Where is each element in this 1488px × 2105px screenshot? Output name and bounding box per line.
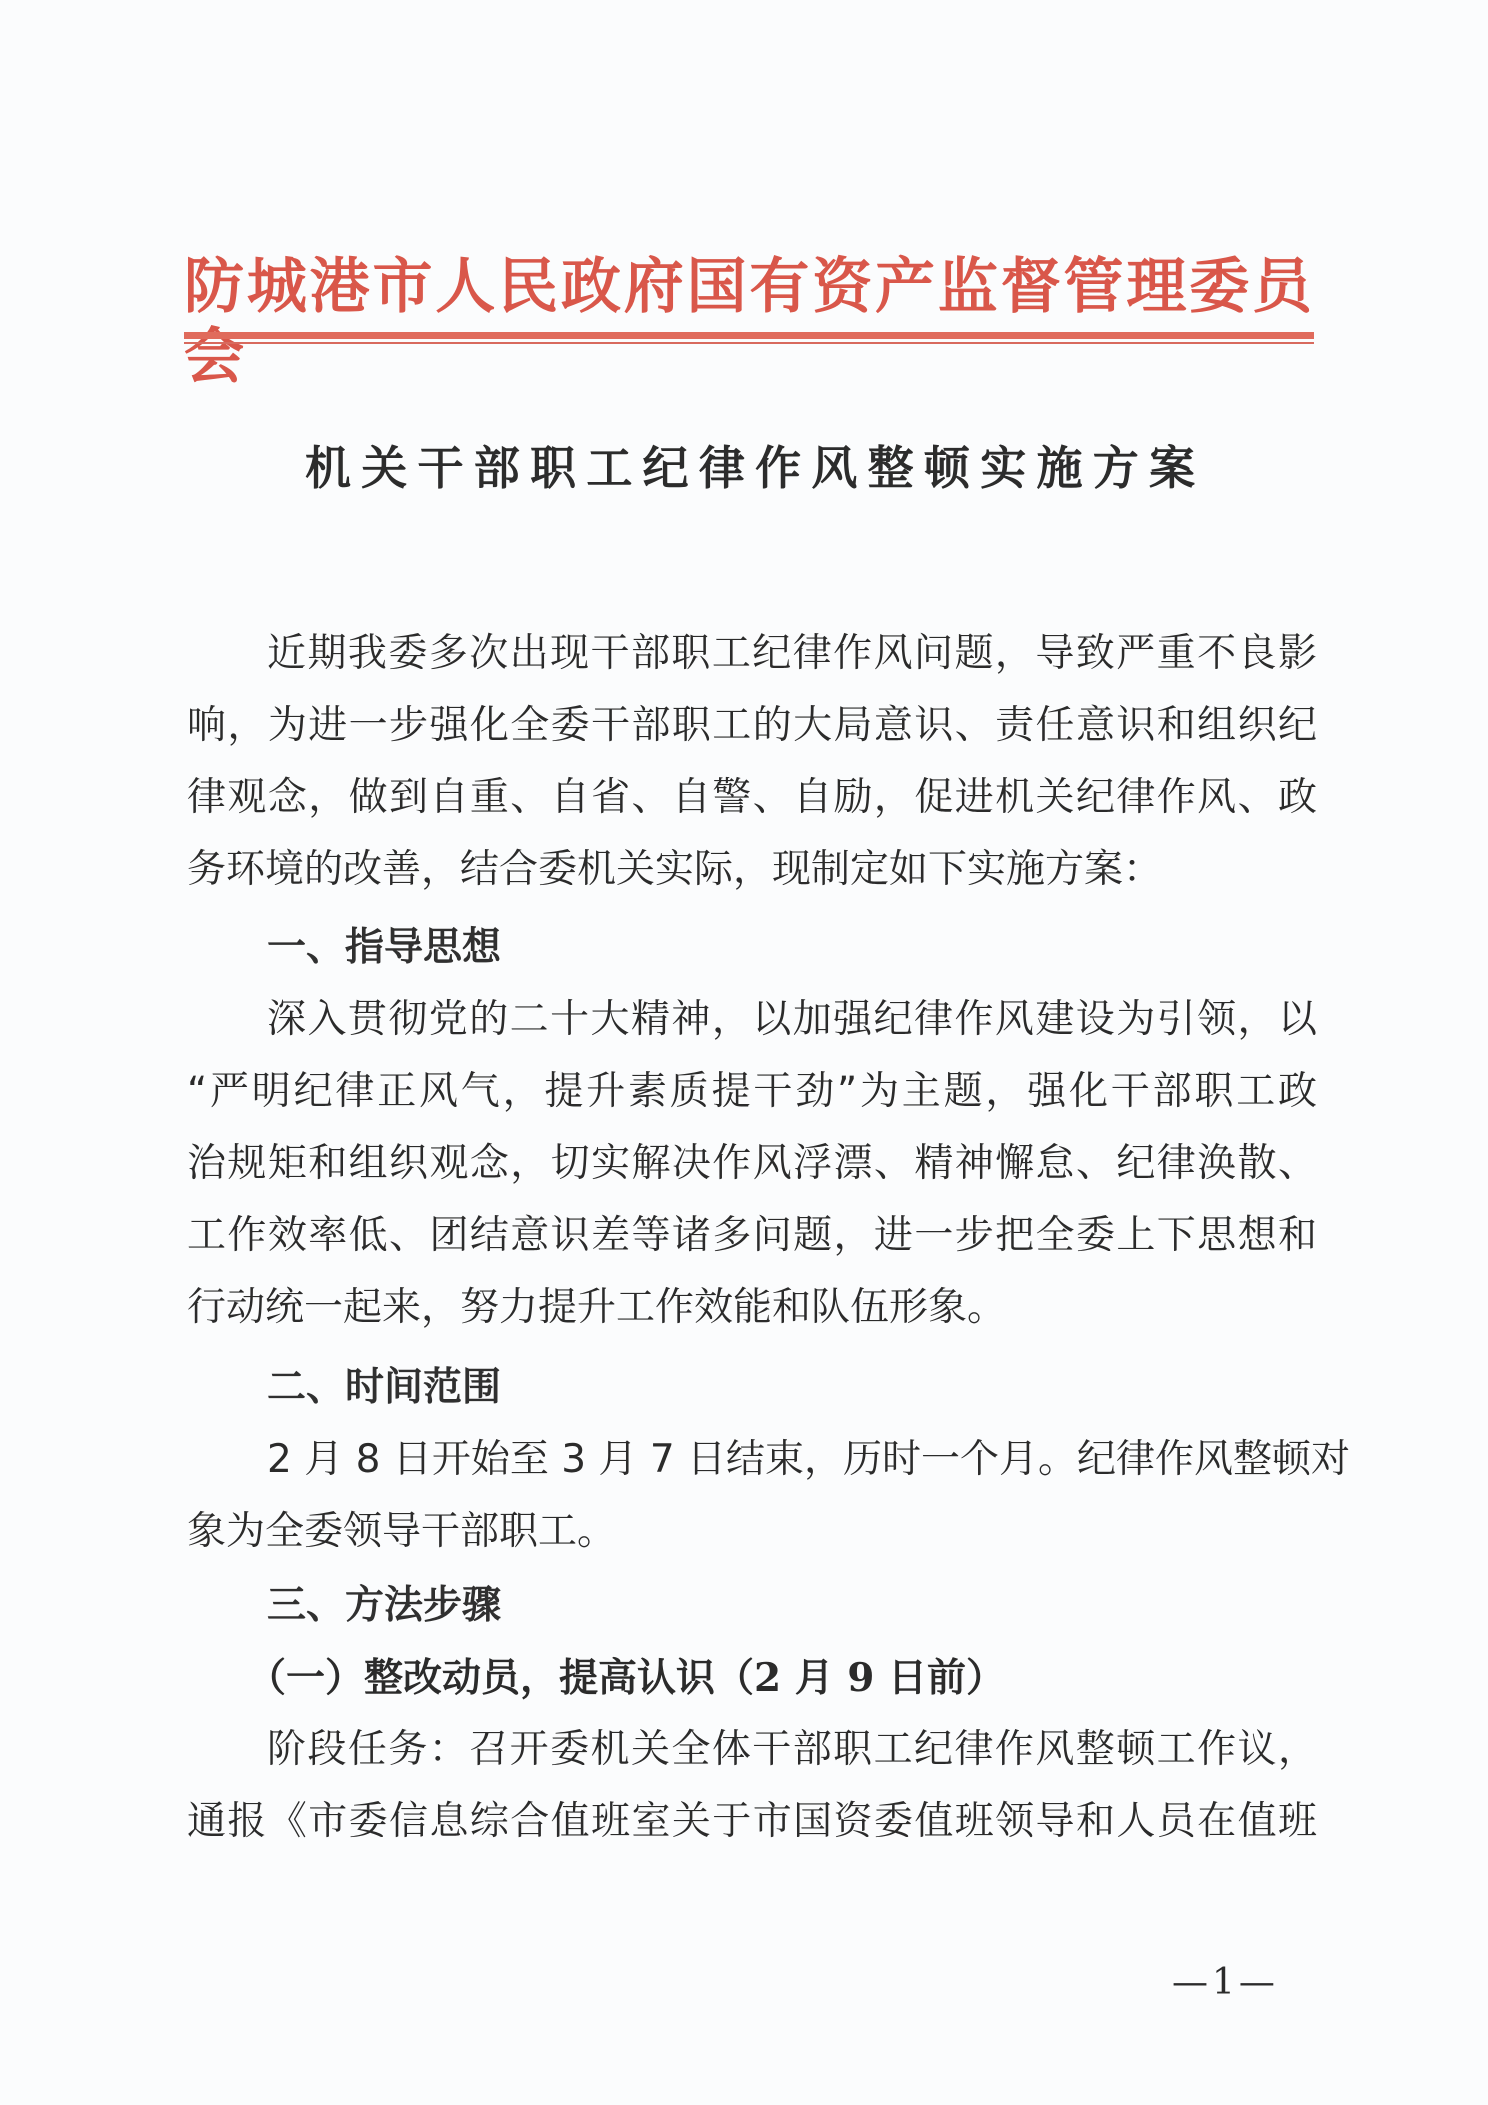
document-title: 机关干部职工纪律作风整顿实施方案 bbox=[305, 438, 1195, 498]
header-red-rule-thick bbox=[184, 332, 1314, 339]
section-heading: 三、方法步骤 bbox=[187, 1570, 1317, 1642]
paragraph-line: 治规矩和组织观念，切实解决作风浮漂、精神懈怠、纪律涣散、 bbox=[187, 1128, 1317, 1200]
document-page: 防城港市人民政府国有资产监督管理委员会 机关干部职工纪律作风整顿实施方案 近期我… bbox=[0, 0, 1488, 2105]
paragraph-line: 律观念，做到自重、自省、自警、自励，促进机关纪律作风、政 bbox=[187, 762, 1317, 834]
paragraph-line: 象为全委领导干部职工。 bbox=[187, 1496, 1317, 1568]
paragraph-line: 深入贯彻党的二十大精神，以加强纪律作风建设为引领，以 bbox=[187, 984, 1317, 1056]
intro-paragraph: 近期我委多次出现干部职工纪律作风问题，导致严重不良影 响，为进一步强化全委干部职… bbox=[187, 618, 1317, 906]
paragraph-line: 响，为进一步强化全委干部职工的大局意识、责任意识和组织纪 bbox=[187, 690, 1317, 762]
paragraph-line: 行动统一起来，努力提升工作效能和队伍形象。 bbox=[187, 1272, 1317, 1344]
section-heading: 二、时间范围 bbox=[187, 1352, 1317, 1424]
section-methods-steps: 三、方法步骤 （一）整改动员，提高认识（2 月 9 日前） 阶段任务：召开委机关… bbox=[187, 1570, 1317, 1858]
subsection-heading: （一）整改动员，提高认识（2 月 9 日前） bbox=[187, 1642, 1317, 1714]
section-heading: 一、指导思想 bbox=[187, 912, 1317, 984]
paragraph-line: 工作效率低、团结意识差等诸多问题，进一步把全委上下思想和 bbox=[187, 1200, 1317, 1272]
paragraph-line: 2 月 8 日开始至 3 月 7 日结束，历时一个月。纪律作风整顿对 bbox=[187, 1424, 1317, 1496]
section-guiding-ideology: 一、指导思想 深入贯彻党的二十大精神，以加强纪律作风建设为引领，以 “严明纪律正… bbox=[187, 912, 1317, 1344]
header-red-rule-thin bbox=[184, 342, 1314, 344]
paragraph-line: 近期我委多次出现干部职工纪律作风问题，导致严重不良影 bbox=[187, 618, 1317, 690]
paragraph-line: 阶段任务：召开委机关全体干部职工纪律作风整顿工作议， bbox=[187, 1714, 1317, 1786]
organization-header: 防城港市人民政府国有资产监督管理委员会 bbox=[184, 252, 1314, 392]
section-time-range: 二、时间范围 2 月 8 日开始至 3 月 7 日结束，历时一个月。纪律作风整顿… bbox=[187, 1352, 1317, 1568]
paragraph-line: “严明纪律正风气，提升素质提干劲”为主题，强化干部职工政 bbox=[187, 1056, 1317, 1128]
paragraph-line: 务环境的改善，结合委机关实际，现制定如下实施方案： bbox=[187, 834, 1317, 906]
page-number: —1— bbox=[1172, 1962, 1279, 2003]
paragraph-line: 通报《市委信息综合值班室关于市国资委值班领导和人员在值班 bbox=[187, 1786, 1317, 1858]
